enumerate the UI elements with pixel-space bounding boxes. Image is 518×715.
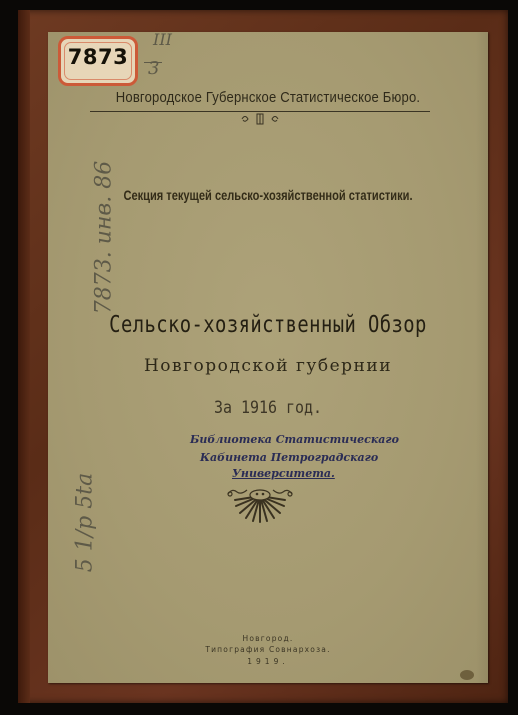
- library-stamp-line-2: Кабинета Петроградскаго: [200, 451, 378, 464]
- handwritten-shelf-number: 3: [148, 58, 159, 79]
- header-rule: [90, 111, 430, 112]
- handwritten-call-number: 5 1/p 5ta: [73, 458, 98, 588]
- library-stamp-line-3: Университета.: [232, 467, 335, 480]
- imprint-city: Новгород.: [48, 634, 488, 643]
- library-stamp-line-1: Библиотека Статистическаго: [190, 433, 399, 446]
- handwritten-inventory-note: 7873. инв. 86: [92, 158, 117, 318]
- binding-spine-edge: [18, 10, 30, 703]
- label-number: 7873: [61, 45, 135, 69]
- library-label: 7873: [58, 36, 138, 86]
- book-year-line: За 1916 год.: [74, 398, 461, 418]
- sunburst-ornament-icon: [222, 482, 298, 524]
- book-title: Сельско-хозяйственный Обзор: [88, 312, 449, 338]
- publisher-bureau: Новгородское Губернское Статистическое Б…: [70, 90, 466, 106]
- rule-ornament-icon: [238, 113, 282, 125]
- imprint-printer: Типография Совнархоза.: [48, 645, 488, 654]
- paper-stain: [460, 670, 474, 680]
- book-subtitle: Новгородской губернии: [48, 356, 488, 376]
- imprint-year: 1919.: [48, 657, 488, 666]
- handwritten-shelf-mark: III: [153, 30, 172, 49]
- section-heading: Секция текущей сельско-хозяйственной ста…: [88, 188, 449, 203]
